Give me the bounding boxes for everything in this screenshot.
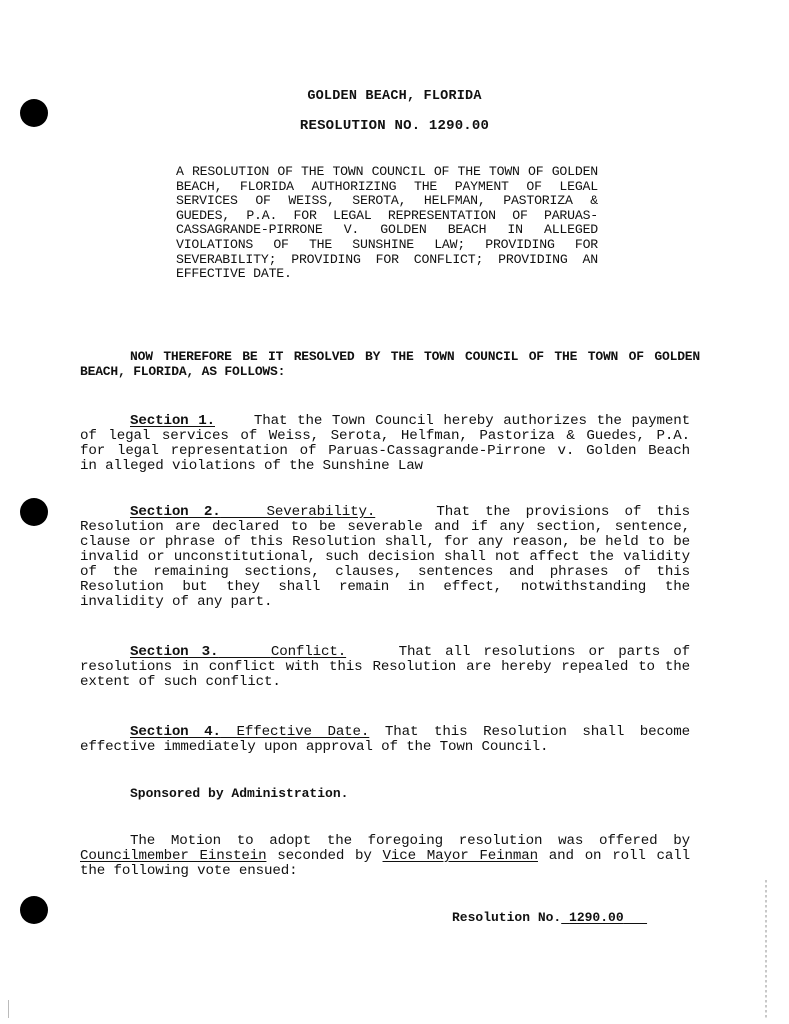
- section-3: Section 3. Conflict. That all resolution…: [80, 645, 690, 690]
- section-2: Section 2. Severability. That the provis…: [80, 505, 690, 610]
- resolution-caption: A RESOLUTION OF THE TOWN COUNCIL OF THE …: [176, 165, 598, 282]
- document-heading: GOLDEN BEACH, FLORIDA: [0, 89, 789, 104]
- section-2-heading: Severability.: [266, 504, 375, 520]
- footer-number: 1290.00: [569, 910, 624, 925]
- motion-offered-by: Councilmember Einstein: [80, 848, 266, 864]
- section-4: Section 4. Effective Date. That this Res…: [80, 725, 690, 755]
- section-4-label: Section 4.: [130, 724, 221, 740]
- scan-edge-mark: [8, 1000, 9, 1018]
- resolution-title: RESOLUTION NO. 1290.00: [0, 119, 789, 134]
- punch-hole-middle: [20, 498, 48, 526]
- resolved-clause: NOW THEREFORE BE IT RESOLVED BY THE TOWN…: [80, 349, 700, 379]
- section-2-text: That the provisions of this Resolution a…: [80, 504, 690, 610]
- section-1: Section 1. That the Town Council hereby …: [80, 414, 690, 474]
- punch-hole-bottom: [20, 896, 48, 924]
- motion-seconded-by: Vice Mayor Feinman: [383, 848, 538, 864]
- motion-seconded-text: seconded by: [277, 848, 371, 864]
- footer-label: Resolution No.: [452, 910, 561, 925]
- section-3-label: Section 3.: [130, 644, 218, 660]
- motion-prefix: The Motion to adopt the foregoing resolu…: [130, 833, 690, 849]
- footer-resolution-number: Resolution No. 1290.00: [452, 910, 647, 925]
- section-4-heading: Effective Date.: [237, 724, 370, 740]
- section-1-label: Section 1.: [130, 413, 215, 429]
- sponsored-by: Sponsored by Administration.: [130, 786, 348, 801]
- section-2-label: Section 2.: [130, 504, 221, 520]
- scan-edge-artifact: [765, 880, 767, 1020]
- section-3-heading: Conflict.: [271, 644, 346, 660]
- motion-paragraph: The Motion to adopt the foregoing resolu…: [80, 834, 690, 879]
